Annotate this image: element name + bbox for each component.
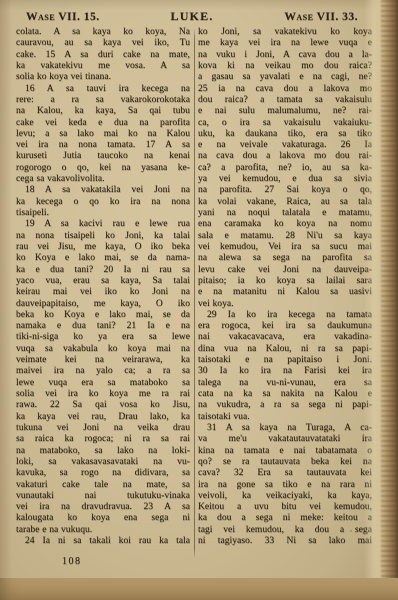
text-line: taisotaki e na papitaiso i Joni. — [198, 355, 372, 366]
text-line: ya vei kemudou, e dua sa sivia — [198, 174, 372, 185]
text-line: 18 A sa vakatakila vei Joni na — [16, 185, 190, 196]
text-line: ni tagiyaso. 33 Ni sa lako mai — [198, 536, 372, 547]
text-line: me kaya vei ira na lewe vuqa e — [198, 38, 372, 49]
text-line: na Kalou, ka kaya, Sa qai tubu — [16, 106, 190, 117]
text-line: pitaiso; ia ko koya sa lailai sara — [198, 276, 372, 287]
text-line: ca, o ira sa vakaisulu vakaiuku- — [198, 118, 372, 129]
text-line: levu cake vei Joni na dauveipa- — [198, 265, 372, 276]
text-line: levu; a sa lako mai ko na Kalou — [16, 129, 190, 140]
text-line: yani na noqui talatala e matamu, — [198, 208, 372, 219]
text-line: cauravou, au sa kaya vei iko, Tu — [16, 38, 190, 49]
text-line: ka kecega o qo ko ira na nona — [16, 197, 190, 208]
text-line: ka dou a sega ni meke: keitou a — [198, 513, 372, 524]
text-line: beka ko Koya e lako mai, se da — [16, 310, 190, 321]
text-line: tarabe e na vukuqu. — [16, 525, 190, 536]
text-line: dauveipapitaiso, me kaya, O iko — [16, 299, 190, 310]
running-head-title: LUKE. — [170, 9, 213, 24]
text-line: vei ira na dravudravua. 23 A sa — [16, 502, 190, 513]
text-line: 30 Ia ko ira na Farisi kei ira — [198, 366, 372, 377]
text-line: na vuku i Joni, A cava dou a la- — [198, 50, 372, 61]
text-line: ko Joni, sa vakatekivu ko koya — [198, 27, 372, 38]
text-line: rere: a ra sa vakarokorokotaka — [16, 95, 190, 106]
text-line: veimate kei na veirarawa, ka — [16, 355, 190, 366]
text-line: 19 A sa kacivi rau e lewe rua — [16, 219, 190, 230]
text-column-right: ko Joni, sa vakatekivu ko koyame kaya ve… — [198, 27, 372, 559]
text-line: ca? a parofita, ne? io, au sa ka- — [198, 163, 372, 174]
text-line: na vukudra, a ra sa sega ni papi- — [198, 400, 372, 411]
text-line: vei koya. — [198, 299, 372, 310]
text-line: rau vei Jisu, me kaya, O iko beka — [16, 242, 190, 253]
text-line: cega sa vakavolivolita. — [16, 174, 190, 185]
text-line: na mataboko, sa lako na loki- — [16, 446, 190, 457]
text-line: ka volai vakane, Raica, au sa tala — [198, 197, 372, 208]
text-line: ka vakatekivu me vosa. A sa — [16, 61, 190, 72]
text-line: rawa. 22 Sa qai vosa ko Jisu, — [16, 400, 190, 411]
text-line: tisaipeli. — [16, 208, 190, 219]
text-line: ena caramaka ko koya na nomu — [198, 219, 372, 230]
page-number: 108 — [62, 556, 82, 567]
text-line: na alewa sa sega na parofita sa — [198, 253, 372, 264]
text-line: vei kemudou, Vei ira sa sucu mai — [198, 242, 372, 253]
text-line: 16 A sa tauvi ira kecega na — [16, 84, 190, 95]
text-line: rogorogo o qo, kei na yasana ke- — [16, 163, 190, 174]
text-line: maivei ira na yalo ca; a ra sa — [16, 366, 190, 377]
text-line: kuruseti Jutia taucoko na kenai — [16, 151, 190, 162]
text-line: cake vei keda e dua na parofita — [16, 118, 190, 129]
text-line: nai vakacavacava, era vakadina- — [198, 332, 372, 343]
text-line: 29 Ia ko ira kecega na tamata — [198, 310, 372, 321]
book-page-scan: Wase VII. 15. LUKE. Wase VII. 33. colata… — [0, 0, 398, 600]
text-block: colata. A sa kaya ko koya, Nacauravou, a… — [16, 27, 372, 559]
text-line: qo? se ra tautauvata beka kei na — [198, 457, 372, 468]
text-line: e na veivale vakaturaga. 26 Ia — [198, 140, 372, 151]
text-line: va me'u vakatautauvatataki ira — [198, 434, 372, 445]
running-head-left: Wase VII. 15. — [26, 11, 100, 23]
text-line: 31 A sa kaya na Turaga, A ca- — [198, 423, 372, 434]
text-line: vunautaki nai tukutuku-vinaka — [16, 491, 190, 502]
text-line: sala e matamu. 28 Ni'u sa kaya — [198, 231, 372, 242]
text-line: namaka e dua tani? 21 Ia e na — [16, 321, 190, 332]
text-line: a gasau sa yavalati e na cagi, ne? — [198, 72, 372, 83]
text-line: era rogoca, kei ira sa daukumuna — [198, 321, 372, 332]
text-line: Keitou a uvu bitu vei kemudou, — [198, 502, 372, 513]
text-line: ka kaya vei rau, Drau lako, ka — [16, 412, 190, 423]
text-line: yaco vua, erau sa kaya, Sa talai — [16, 276, 190, 287]
text-line: vuqa sa vakabula ko koya mai na — [16, 344, 190, 355]
text-line: na nona tisaipeli ko Joni, ka talai — [16, 231, 190, 242]
text-line: kova ki na veikau mo dou raica? — [198, 61, 372, 72]
bottom-edge — [0, 578, 398, 600]
running-head-right: Wase VII. 33. — [284, 11, 358, 23]
text-line: ko Koya e lako mai, se da nama- — [16, 253, 190, 264]
text-line: veivoli, ka veikaciyaki, ka kaya, — [198, 491, 372, 502]
text-line: na parofita. 27 Sai koya o qo, — [198, 185, 372, 196]
text-line: keirau mai vei iko ko Joni na — [16, 287, 190, 298]
text-line: kavuka, sa rogo na didivara, sa — [16, 468, 190, 479]
text-line: kina na tamata e nai tabatamata o — [198, 446, 372, 457]
text-line: dou raica? a tamata sa vakaisulu — [198, 95, 372, 106]
text-column-left: colata. A sa kaya ko koya, Nacauravou, a… — [16, 27, 190, 559]
text-line: tukuna vei Joni na veika drau — [16, 423, 190, 434]
column-divider-rule — [194, 28, 195, 559]
text-line: e na matanitu ni Kalou sa uasivi — [198, 287, 372, 298]
text-line: lewe vuqa era sa mataboko sa — [16, 378, 190, 389]
running-head: Wase VII. 15. LUKE. Wase VII. 33. — [26, 9, 358, 24]
text-line: e nai sulu malumalumu, ne? rai- — [198, 106, 372, 117]
text-line: 24 Ia ni sa takali koi rau ka tala — [16, 536, 190, 547]
text-line: tiki-ni-siga ko ya era sa lewe — [16, 332, 190, 343]
text-line: cake. 15 A sa duri cake na mate, — [16, 50, 190, 61]
text-line: sa raica ka rogoca; ni ra sa rai — [16, 434, 190, 445]
text-line: ka e dua tani? 20 Ia ni rau sa — [16, 265, 190, 276]
text-line: solia vei ira ko koya me ra rai — [16, 389, 190, 400]
text-line: uku, ka daukana tiko, era sa tiko — [198, 129, 372, 140]
text-line: talega na vu-ni-vunau, era sa — [198, 378, 372, 389]
text-line: ira na gone sa tiko e na rara ni — [198, 480, 372, 491]
text-line: dina vua na Kalou, ni ra sa papi- — [198, 344, 372, 355]
text-line: 25 ia na cava dou a lakova mo — [198, 84, 372, 95]
text-line: cava? 32 Era sa tautauvata kei — [198, 468, 372, 479]
text-line: tagi vei kemudou, ka dou a sega — [198, 525, 372, 536]
text-line: loki, sa vakasavasavataki na vu- — [16, 457, 190, 468]
text-line: vei ira na nona tamata. 17 A sa — [16, 140, 190, 151]
text-line: kalougata ko koya ena sega ni — [16, 513, 190, 524]
text-line: na cava dou a lakova mo dou rai- — [198, 151, 372, 162]
text-line: vakaturi cake tale na mate, sa — [16, 480, 190, 491]
text-line: taisotaki vua. — [198, 412, 372, 423]
text-line: colata. A sa kaya ko koya, Na — [16, 27, 190, 38]
text-line: solia ko koya vei tinana. — [16, 72, 190, 83]
paper-specks — [0, 0, 2, 2]
text-line: cata na ka sa nakita na Kalou e — [198, 389, 372, 400]
